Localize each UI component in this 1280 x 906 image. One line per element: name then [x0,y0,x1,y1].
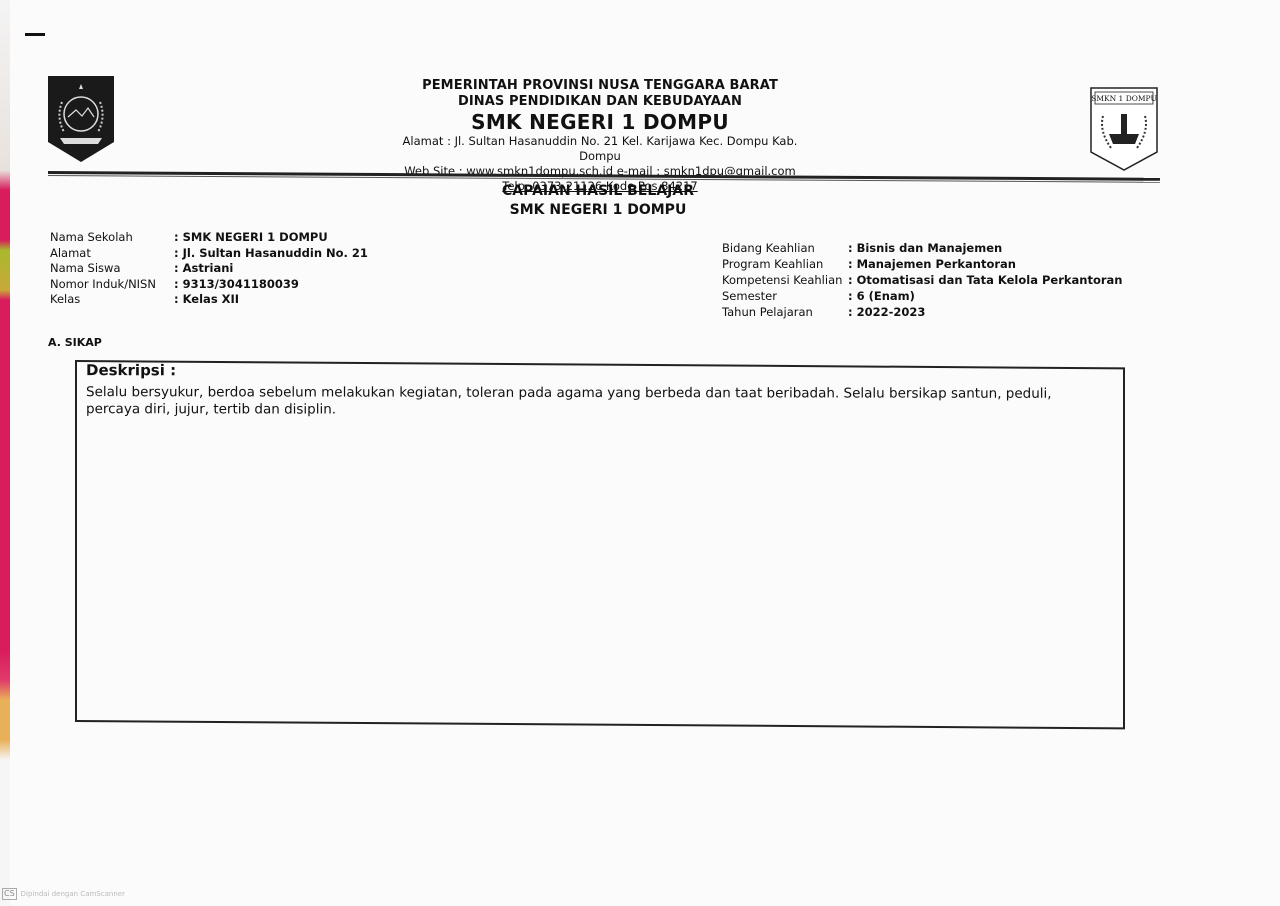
info-row-program: Program Keahlian: Manajemen Perkantoran [722,256,1123,272]
scan-mark [25,33,45,36]
info-row-field: Bidang Keahlian: Bisnis dan Manajemen [722,240,1123,256]
school-logo-icon: SMKN 1 DOMPU [1089,86,1159,172]
description-content: Deskripsi : Selalu bersyukur, berdoa seb… [86,359,1086,420]
watermark-text: Dipindai dengan CamScanner [21,890,125,898]
provincial-emblem-icon [46,72,116,164]
section-heading-sikap: A. SIKAP [48,336,102,349]
description-text: Selalu bersyukur, berdoa sebelum melakuk… [86,384,1086,420]
info-row-semester: Semester: 6 (Enam) [722,288,1123,304]
student-info-left: Nama Sekolah: SMK NEGERI 1 DOMPU Alamat:… [50,230,368,308]
letterhead-school-name: SMK NEGERI 1 DOMPU [380,110,820,134]
info-row-class: Kelas: Kelas XII [50,292,368,308]
document-title-line2: SMK NEGERI 1 DOMPU [420,201,776,220]
letterhead-province: PEMERINTAH PROVINSI NUSA TENGGARA BARAT [380,78,820,94]
info-row-student-name: Nama Siswa: Astriani [50,261,368,277]
letterhead-department: DINAS PENDIDIKAN DAN KEBUDAYAAN [380,94,820,110]
document-title-line1: CAPAIAN HASIL BELAJAR [420,182,776,201]
info-row-address: Alamat: Jl. Sultan Hasanuddin No. 21 [50,246,368,262]
scan-edge-strip [0,0,10,906]
scanner-watermark: CS Dipindai dengan CamScanner [2,888,125,900]
description-label: Deskripsi : [86,359,1086,383]
info-row-academic-year: Tahun Pelajaran: 2022-2023 [722,304,1123,320]
camscanner-icon: CS [2,888,17,900]
info-row-nisn: Nomor Induk/NISN: 9313/3041180039 [50,277,368,293]
letterhead-address: Alamat : Jl. Sultan Hasanuddin No. 21 Ke… [380,134,820,164]
info-row-competency: Kompetensi Keahlian: Otomatisasi dan Tat… [722,272,1123,288]
document-title: CAPAIAN HASIL BELAJAR SMK NEGERI 1 DOMPU [420,182,776,220]
student-info-right: Bidang Keahlian: Bisnis dan Manajemen Pr… [722,240,1123,320]
svg-text:SMKN 1 DOMPU: SMKN 1 DOMPU [1091,94,1157,103]
info-row-school: Nama Sekolah: SMK NEGERI 1 DOMPU [50,230,368,246]
